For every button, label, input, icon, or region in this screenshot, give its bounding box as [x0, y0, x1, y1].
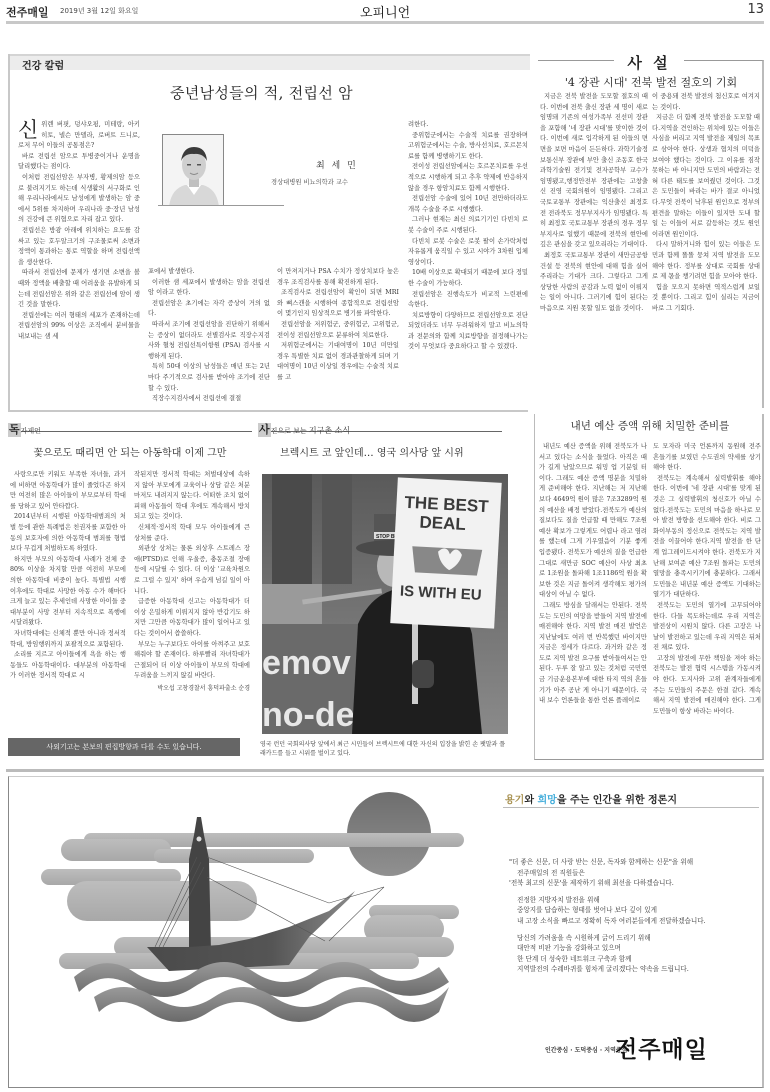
paragraph: 전립선암은 진행속도가 비교적 느린편에 속한다. [408, 290, 528, 311]
slogan-text: 을 주는 인간을 위한 정론지 [557, 795, 677, 806]
paragraph: 10배 이상으로 확대되기 때문에 보다 정밀한 수술이 가능하다. [408, 268, 528, 289]
paragraph: 전립선암은 초기에는 자각 증상이 거의 없다. [148, 299, 270, 320]
editorial-label: 사 설 [614, 52, 684, 73]
promo-paragraph-2: 진정한 지방자치 발전을 위해 중앙지를 답습하는 형태를 벗어나 보다 깊이 … [509, 895, 759, 927]
paragraph: 전북도는 계속해서 실력발휘를 해야 한다. 이번에 '네 장관 시대'를 맞게… [653, 474, 761, 601]
contributor-disclaimer: 사외기고는 본보의 편집방향과 다를 수도 있습니다. [8, 738, 240, 756]
reader-essay-label-rest: 자제언 [21, 427, 41, 435]
paragraph: 급증한 아동학대 신고는 아동학대가 더 이상 은밀하게 이뤄지지 않아 반갑기… [134, 597, 250, 639]
author-portrait [162, 134, 224, 206]
protest-photo: emov no-dea STOP BREXIT THE BEST DEAL IS… [262, 474, 508, 734]
reader-essay-header: 독자제언 [8, 418, 252, 432]
paragraph: 작된지만 정서적 학대는 처벌대상에 속하지 않아 부모에게 교육이나 상담 같… [134, 470, 250, 523]
health-column-label: 건강 칼럼 [22, 57, 64, 72]
paragraph: 전립선암 수술에 있어 10년 전만하더라도 개복 수술을 주로 시행했다. [408, 194, 528, 215]
promo-slogan: 용기와 희망을 주는 인간을 위한 정론지 [505, 791, 677, 806]
editorial-title: '4 장관 시대' 전북 발전 절호의 기회 [538, 74, 764, 90]
paragraph: 조직검사로 전립선암이 확인이 되면 MRI 와 뼈스캔을 시행하여 종합적으로… [277, 288, 399, 320]
newspaper-promo-ad: 용기와 희망을 주는 인간을 위한 정론지 "더 좋은 신문, 더 사랑 받는 … [8, 776, 764, 1088]
author-name: 최 세 민 [316, 158, 358, 171]
promo-line: 당신의 가려움을 속 시원하게 긁어 드리기 위해 [517, 933, 759, 944]
promo-line: 내 고장 소식을 빠르고 정확히 독자 여러분들에게 전달하겠습니다. [517, 916, 759, 927]
pen-nib-ship-icon [29, 787, 469, 1047]
promo-logo: 전주매일 [615, 1031, 708, 1064]
masthead: 전주매일 2019년 3월 12일 화요일 오피니언 13 [0, 0, 770, 22]
paragraph: 이러한 샘 세포에서 발생하는 암을 전립선 암 이라고 한다. [148, 278, 270, 299]
author-affiliation: 경상대병원 비뇨의학과 교수 [271, 177, 348, 186]
photo-news-label-mid: 진으로 보는 [271, 427, 309, 435]
paragraph: 따라서 조기에 전립선암을 진단하기 위해서는 증상이 없더라도 선별검사로 직… [148, 320, 270, 362]
author-portrait-icon [163, 135, 224, 206]
reader-essay-col1: 사랑으로만 키워도 부족한 자녀들, 과거에 비하면 아동학대가 많이 줄었다곤… [10, 470, 126, 682]
paragraph: 다시 말하거니와 힘이 있는 이들은 도민과 함께 똘똘 뭉쳐 지역 발전을 도… [652, 240, 760, 282]
reader-essay-label-initial: 독 [8, 423, 21, 437]
paragraph: 부모는 누구보다도 아이를 아껴주고 보호해줘야 할 존재이다. 하루빨리 자녀… [134, 640, 250, 682]
promo-line: 한 단계 더 성숙한 네트워크 구축과 함께 [517, 954, 759, 965]
paragraph: 전립선에는 여러 형태의 세포가 존재하는데 전립선암의 99% 이상은 조직에… [18, 311, 140, 343]
paragraph: 저위험군에서는 기대여명이 10년 미만일 경우 특별한 치료 없이 경과관찰하… [277, 341, 399, 383]
paragraph: 포에서 발생한다. [148, 267, 270, 278]
promo-paragraph-1: "더 좋은 신문, 더 사랑 받는 신문, 독자와 함께하는 신문"을 위해 전… [509, 857, 759, 889]
svg-text:DEAL: DEAL [419, 513, 466, 534]
editorial-col1: 지금은 전북 발전을 도모할 절호의 때다. 이번에 전북 출신 장관 세 명이… [540, 92, 648, 314]
protest-photo-icon: emov no-dea STOP BREXIT THE BEST DEAL IS… [262, 474, 508, 734]
promo-line: 대안적 비판 기능을 강화하고 있으며 [517, 943, 759, 954]
paragraph: 전립선암을 저위험군, 중위험군, 고위험군, 전이성 전립선암으로 분류하여 … [277, 320, 399, 341]
paragraph: 지금은 더 함께 전북 발전을 도모할 때다.지역을 견인하는 위치에 있는 이… [652, 113, 760, 240]
promo-body: "더 좋은 신문, 더 사랑 받는 신문, 독자와 함께하는 신문"을 위해 전… [509, 857, 759, 981]
budget-editorial-article: 내년 예산 증액 위해 치밀한 준비를 내년도 예산 증액을 위해 전북도가 나… [534, 414, 764, 760]
promo-line: 진정한 지방자치 발전을 위해 [517, 895, 759, 906]
newspaper-logo: 전주매일 [6, 4, 49, 20]
health-column-title: 중년남성들의 적, 전립선 암 [170, 82, 353, 103]
paragraph: 전립선은 방광 아래에 위치하는 요도를 감싸고 있는 호두알크기의 구조물로써… [18, 226, 140, 268]
editorial-col2: 이 중용돼 전북 발전의 첨신호로 여겨지는 것이다. 지금은 더 함께 전북 … [652, 92, 760, 314]
paragraph: 치료방향이 다양하므로 전립선암으로 진단되었더라도 너무 두려워하지 말고 비… [408, 311, 528, 353]
paragraph: 힘을 모으지 못하면 역적스럽게 보일 것 뿐이다. 그리고 힘이 실리는 지금… [652, 283, 760, 315]
paragraph: 사랑으로만 키워도 부족한 자녀들, 과거에 비하면 아동학대가 많이 줄었다곤… [10, 470, 126, 512]
reader-essay-article: 독자제언 꽃으로도 때리면 안 되는 아동학대 이제 그만 사랑으로만 키워도 … [8, 418, 252, 736]
promo-paragraph-3: 당신의 가려움을 속 시원하게 긁어 드리기 위해 대안적 비판 기능을 강화하… [509, 933, 759, 975]
paragraph: 특히 50대 이상의 남성들은 매년 또는 2년마다 주기적으로 검사를 받아야… [148, 362, 270, 394]
paragraph: 지금은 전북 발전을 도모할 절호의 때다. 이번에 전북 출신 장관 세 명이… [540, 92, 648, 251]
slogan-text: 와 [524, 795, 537, 806]
page-number: 13 [747, 2, 764, 17]
health-column-header: 건강 칼럼 [10, 54, 530, 70]
paragraph: 중위험군에서는 수술적 치료를 권장하며 고위험군에서는 수술, 방사선치료, … [408, 131, 528, 163]
editorial-article: 사 설 '4 장관 시대' 전북 발전 절호의 기회 지금은 전북 발전을 도모… [538, 52, 764, 410]
budget-editorial-col2: 도 모자라 미국 언론까지 동원해 전주 흔들기를 보였던 수도권의 약세를 상… [653, 442, 761, 717]
dropcap: 신 [18, 120, 38, 140]
paragraph: 자녀학대에는 신체적 뿐만 아니라 정서적 학대, 방임행위까지 포괄적으로 포… [10, 629, 126, 650]
health-column-article: 건강 칼럼 중년남성들의 적, 전립선 암 최 세 민 경상대병원 비뇨의학과 … [8, 54, 528, 412]
budget-editorial-title: 내년 예산 증액 위해 치밀한 준비를 [535, 418, 765, 433]
reader-essay-col2: 작된지만 정서적 학대는 처벌대상에 속하지 않아 부모에게 교육이나 상담 같… [134, 470, 250, 694]
photo-news-caption: 영국 런던 국회의사당 앞에서 최근 시민들이 브렉시트에 대한 자신의 입장을… [260, 740, 510, 758]
svg-text:emov: emov [262, 644, 351, 682]
section-title: 오피니언 [360, 2, 410, 21]
health-column-col3: 이 만져지거나 PSA 수치가 정상치보다 높은 경우 조직검사를 통해 확진하… [277, 267, 399, 384]
paragraph: 다빈치 로봇 수술은 로봇 팔이 손가락처럼 자유롭게 움직일 수 있고 시야가… [408, 237, 528, 269]
paragraph: 전이성 전립선암에서는 호르몬치료를 우선적으로 시행하게 되고 추후 약제에 … [408, 162, 528, 194]
paragraph: 2014년부터 시행된 아동학대범죄의 처벌 등에 관한 특례법은 친권자를 포… [10, 512, 126, 554]
budget-editorial-col1: 내년도 예산 증액을 위해 전북도가 나서고 있다는 소식을 들었다. 아직은 … [539, 442, 647, 707]
paragraph: 도 모자라 미국 언론까지 동원해 전주 흔들기를 보였던 수도권의 약세를 상… [653, 442, 761, 474]
paragraph: 바로 전립선 암으로 투병중이거나 운명을 달리했다는 점이다. [18, 152, 140, 173]
author-divider [158, 205, 284, 206]
paragraph: 그러나 현재는 최신 의료기기인 다빈치 로봇 수술이 주로 시행된다. [408, 215, 528, 236]
paragraph: 따라서 전립선에 문제가 생기면 소변을 볼 때와 정액을 배출할 때 어려움을… [18, 268, 140, 310]
promo-line: 지역발전의 수레바퀴를 힘차게 굴리겠다는 약속을 드립니다. [517, 964, 759, 975]
paragraph: 하지만 부모의 아동학대 사례가 전체 중 80% 이상을 차지할 만큼 여전히… [10, 555, 126, 629]
photo-news-label-accent: 지구촌 소식 [309, 426, 350, 435]
promo-line: '전북 최고의 신문'을 제작하기 위해 최선을 다하겠습니다. [509, 878, 759, 889]
paragraph: 신체적·정서적 학대 모두 아이들에게 큰 상처를 준다. [134, 523, 250, 544]
paragraph: 전북도는 도민의 열기에 고무되어야 한다. 다들 목도하는데로 우리 지역은 … [653, 601, 761, 654]
slogan-courage: 용기 [505, 795, 524, 806]
paragraph: 최정호 국토교통부 장관이 새만금공항 건설 등 전북의 현안에 대해 힘을 실… [540, 251, 648, 315]
section-divider [6, 769, 764, 772]
paragraph: 이 만져지거나 PSA 수치가 정상치보다 높은 경우 조직검사를 통해 확진하… [277, 267, 399, 288]
promo-line: 전주매일의 전 직원들은 [509, 868, 759, 879]
paragraph: 고장의 발전에 무한 책임을 져야 하는 전북도는 발전 협력 시스템을 가동시… [653, 654, 761, 718]
masthead-rule [6, 21, 764, 24]
photo-news-label-initial: 사 [258, 423, 271, 437]
photo-news-header: 사진으로 보는 지구촌 소식 [258, 418, 502, 432]
paragraph: 이 중용돼 전북 발전의 첨신호로 여겨지는 것이다. [652, 92, 760, 113]
pen-ship-illustration [29, 787, 469, 1047]
paragraph: 내년도 예산 증액을 위해 전북도가 나서고 있다는 소식을 들었다. 아직은 … [539, 442, 647, 601]
reader-essay-title: 꽃으로도 때리면 안 되는 아동학대 이제 그만 [8, 444, 252, 459]
paragraph: 려한다. [408, 120, 528, 131]
paragraph: 외관상 상처는 물론 외상후 스트레스 장애(PTSD)로 인해 우울증, 충동… [134, 544, 250, 597]
slogan-hope: 희망 [537, 795, 556, 806]
health-column-col1: 신 위렌 버핏, 덩샤오핑, 미테랑, 아키히토, 넬슨 만델라, 로버트 드니… [18, 120, 140, 342]
paragraph: 직장수지검사에서 전립선에 결절 [148, 394, 270, 405]
photo-news-article: 사진으로 보는 지구촌 소식 브렉시트 코 앞인데… 영국 의사당 앞 시위 e… [258, 418, 532, 760]
issue-date: 2019년 3월 12일 화요일 [60, 6, 138, 16]
slogan-underline [503, 807, 759, 808]
paragraph: 소리를 지르고 아이들에게 욕을 하는 행동들도 아동학대이다. 대부분의 아동… [10, 650, 126, 682]
paragraph: 그래도 방심을 달래서는 안된다. 전북도는 도민의 여망을 받들어 지역 발전… [539, 601, 647, 707]
health-column-col4: 려한다. 중위험군에서는 수술적 치료를 권장하며 고위험군에서는 수술, 방사… [408, 120, 528, 353]
paragraph: 이처럼 전립선암은 부자병, 황제의암 등으로 불려지기도 하는데 식생활의 서… [18, 173, 140, 226]
promo-line: "더 좋은 신문, 더 사랑 받는 신문, 독자와 함께하는 신문"을 위해 [509, 857, 759, 868]
reader-essay-byline: 박오섭 고창경찰서 흥덕파출소 순경 [134, 684, 250, 695]
health-column-col2: 포에서 발생한다. 이러한 샘 세포에서 발생하는 암을 전립선 암 이라고 한… [148, 267, 270, 405]
promo-line: 중앙지를 답습하는 형태를 벗어나 보다 깊이 있게 [517, 905, 759, 916]
photo-news-title: 브렉시트 코 앞인데… 영국 의사당 앞 시위 [280, 444, 464, 459]
